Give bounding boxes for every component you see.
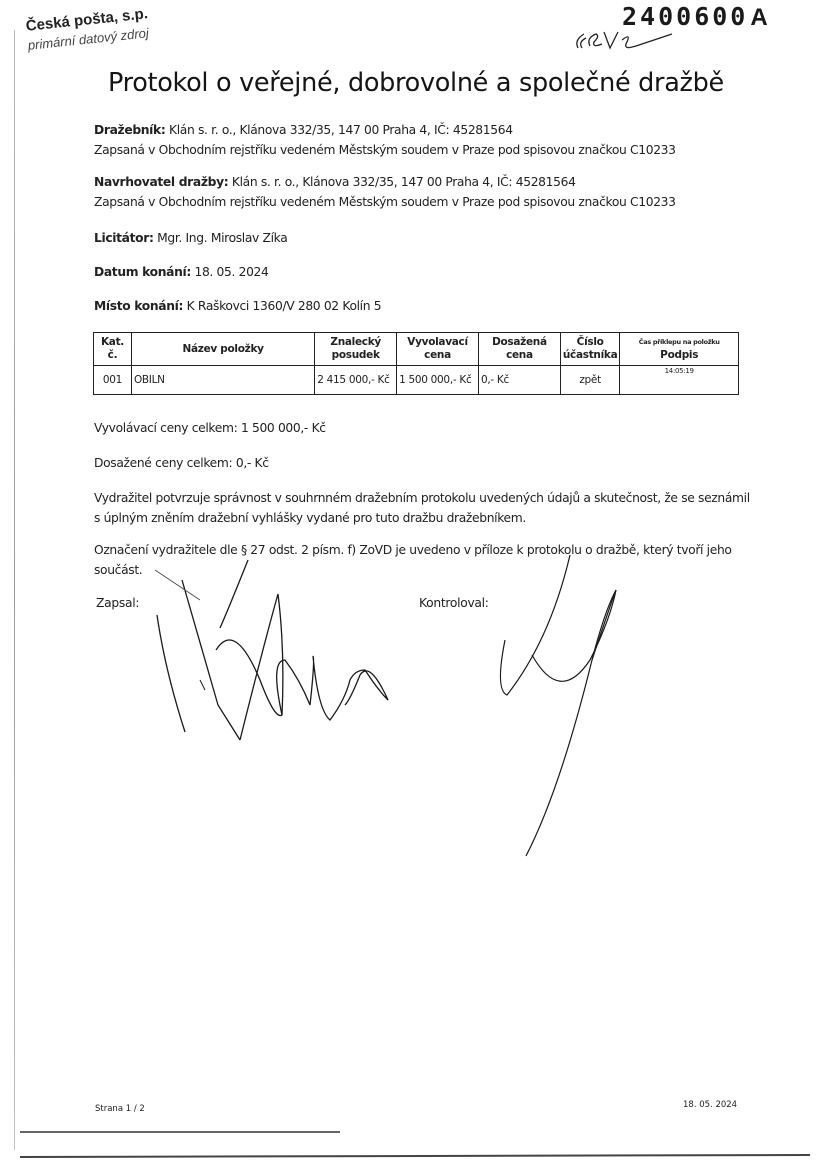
auctioneer-registry: Zapsaná v Obchodním rejstříku vedeném Mě…: [94, 140, 676, 160]
auctioneer-value: Klán s. r. o., Klánova 332/35, 147 00 Pr…: [169, 123, 513, 137]
scan-line-upper: [20, 1131, 340, 1133]
auctioneer-block: Dražebník: Klán s. r. o., Klánova 332/35…: [94, 120, 676, 160]
document-number: 2400600A: [622, 2, 771, 32]
header-time-signature: Čas příklepu na položkuPodpis: [620, 333, 739, 366]
header-item-name: Název položky: [131, 333, 314, 366]
scan-edge-line: [14, 30, 15, 1150]
header-start-price: Vyvolavacícena: [397, 333, 479, 366]
footer-date: 18. 05. 2024: [683, 1100, 737, 1110]
cell-start-price: 1 500 000,- Kč: [397, 366, 479, 395]
recorded-by-label: Zapsal:: [96, 596, 139, 610]
place-line: Místo konání: K Raškovci 1360/V 280 02 K…: [94, 296, 381, 316]
proposer-label: Navrhovatel dražby:: [94, 175, 228, 189]
licitator-label: Licitátor:: [94, 231, 154, 245]
achieved-price-total: Dosažené ceny celkem: 0,- Kč: [94, 453, 269, 473]
postal-stamp: Česká pošta, s.p. primární datový zdroj: [25, 5, 151, 53]
header-cat-no: Kat. č.: [94, 333, 132, 366]
header-achieved-price: Dosaženácena: [478, 333, 560, 366]
document-number-suffix: A: [750, 4, 770, 31]
date-label: Datum konání:: [94, 265, 191, 279]
cell-time: 14:05:19: [620, 366, 739, 395]
auctioneer-label: Dražebník:: [94, 123, 165, 137]
start-price-total: Vyvolávací ceny celkem: 1 500 000,- Kč: [94, 418, 326, 438]
header-participant: Čísloúčastníka: [560, 333, 620, 366]
scan-line-lower: [20, 1154, 810, 1158]
recorded-by-signature-icon: [157, 560, 388, 740]
bidder-designation-paragraph: Označení vydražitele dle § 27 odst. 2 pí…: [94, 540, 754, 580]
auction-items-table: Kat. č. Název položky Znaleckýposudek Vy…: [93, 332, 739, 395]
licitator-line: Licitátor: Mgr. Ing. Miroslav Zíka: [94, 228, 287, 248]
table-header-row: Kat. č. Název položky Znaleckýposudek Vy…: [94, 333, 739, 366]
proposer-block: Navrhovatel dražby: Klán s. r. o., Kláno…: [94, 172, 676, 212]
checked-by-label: Kontroloval:: [419, 596, 489, 610]
cell-item-name: OBILN: [131, 366, 314, 395]
place-value: K Raškovci 1360/V 280 02 Kolín 5: [187, 299, 382, 313]
date-line: Datum konání: 18. 05. 2024: [94, 262, 269, 282]
cell-cat-no: 001: [94, 366, 132, 395]
document-number-digits: 2400600: [622, 2, 748, 31]
confirmation-paragraph: Vydražitel potvrzuje správnost v souhrnn…: [94, 488, 754, 528]
proposer-value: Klán s. r. o., Klánova 332/35, 147 00 Pr…: [232, 175, 576, 189]
cell-achieved-price: 0,- Kč: [478, 366, 560, 395]
date-value: 18. 05. 2024: [194, 265, 268, 279]
header-expert: Znaleckýposudek: [315, 333, 397, 366]
cell-participant: zpět: [560, 366, 620, 395]
table-row: 001 OBILN 2 415 000,- Kč 1 500 000,- Kč …: [94, 366, 739, 395]
licitator-value: Mgr. Ing. Miroslav Zíka: [157, 231, 287, 245]
page-number: Strana 1 / 2: [95, 1104, 145, 1114]
cell-expert-price: 2 415 000,- Kč: [315, 366, 397, 395]
checked-by-signature-icon: [500, 555, 616, 856]
proposer-registry: Zapsaná v Obchodním rejstříku vedeném Mě…: [94, 192, 676, 212]
place-label: Místo konání:: [94, 299, 183, 313]
page-title: Protokol o veřejné, dobrovolné a společn…: [108, 68, 724, 98]
